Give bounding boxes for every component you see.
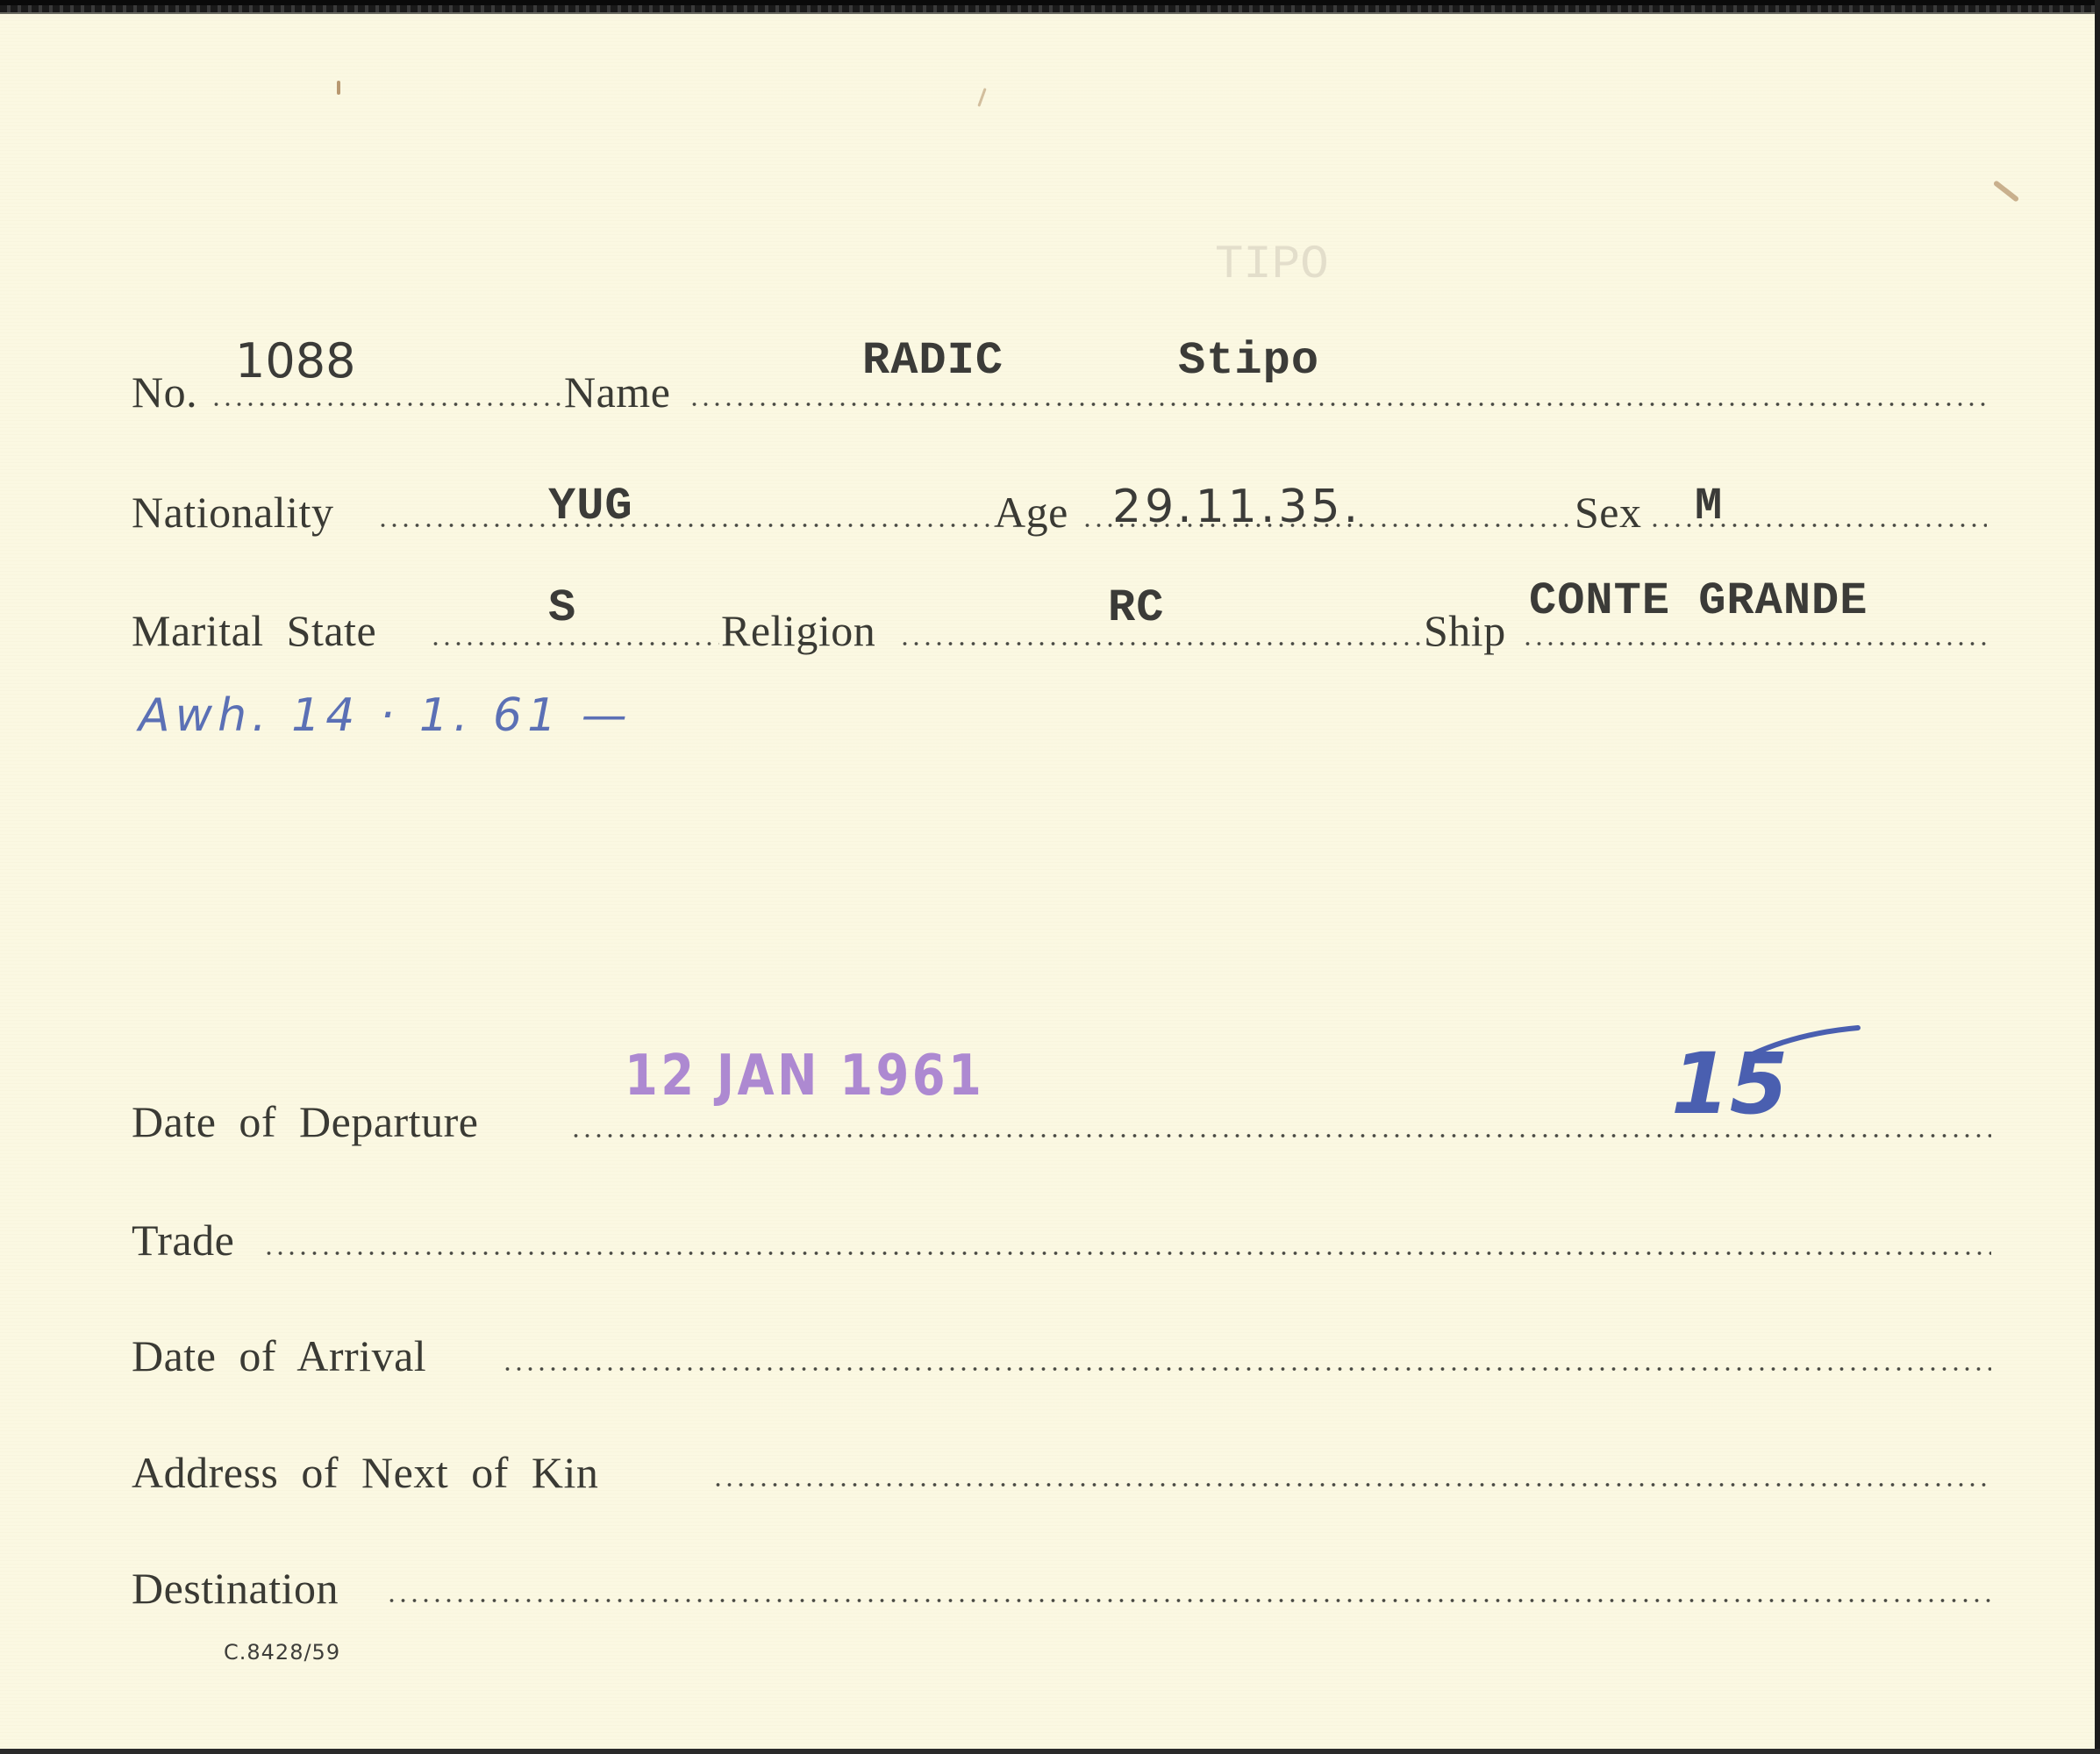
ship-dotted-line [1522, 641, 1991, 646]
age-value: 29.11.35. [1112, 481, 1361, 533]
date-of-arrival-label: Date of Arrival [132, 1330, 426, 1381]
paper-fiber [977, 88, 986, 107]
religion-label: Religion [721, 605, 875, 656]
card-top-edge [0, 0, 2100, 14]
date-of-departure-dotted-line [570, 1133, 1991, 1138]
departure-date-stamp: 12 JAN 1961 [625, 1044, 984, 1109]
name-given-value: Stipo [1178, 335, 1319, 387]
name-surname-value: RADIC [862, 335, 1004, 387]
ship-value: CONTE GRANDE [1529, 575, 1868, 627]
name-faint-overprint: TIPO [1215, 239, 1329, 292]
ship-label: Ship [1424, 605, 1506, 656]
nationality-label: Nationality [132, 487, 333, 538]
religion-dotted-line [899, 641, 1425, 646]
no-value: 1088 [235, 333, 355, 389]
address-next-of-kin-label: Address of Next of Kin [132, 1447, 598, 1498]
name-label: Name [564, 367, 670, 417]
marital-state-value: S [548, 582, 576, 634]
nationality-value: YUG [548, 481, 633, 532]
address-next-of-kin-dotted-line [712, 1482, 1991, 1487]
date-of-departure-label: Date of Departure [132, 1096, 478, 1147]
destination-dotted-line [386, 1598, 1991, 1603]
card-bottom-edge [0, 1749, 2100, 1754]
form-code: C.8428/59 [224, 1640, 340, 1665]
destination-label: Destination [132, 1563, 339, 1614]
name-dotted-line [689, 402, 1991, 407]
registration-card: No. 1088 Name TIPO RADIC Stipo Nationali… [0, 0, 2100, 1754]
no-label: No. [132, 367, 197, 417]
card-right-edge [2095, 0, 2100, 1754]
nationality-dotted-line [377, 523, 991, 528]
handwritten-note: Awh. 14 · 1. 61 — [139, 689, 632, 742]
religion-value: RC [1108, 582, 1164, 634]
marital-state-dotted-line [430, 641, 719, 646]
marital-state-label: Marital State [132, 605, 376, 656]
age-label: Age [994, 487, 1068, 538]
date-of-arrival-dotted-line [502, 1366, 1991, 1372]
trade-dotted-line [263, 1251, 1991, 1256]
sex-label: Sex [1575, 487, 1642, 538]
no-dotted-line [211, 402, 561, 407]
paper-fiber [337, 81, 340, 95]
trade-label: Trade [132, 1215, 234, 1266]
handwritten-stroke [1746, 1024, 1868, 1059]
paper-fiber [1993, 180, 2019, 203]
sex-value: M [1695, 481, 1723, 532]
